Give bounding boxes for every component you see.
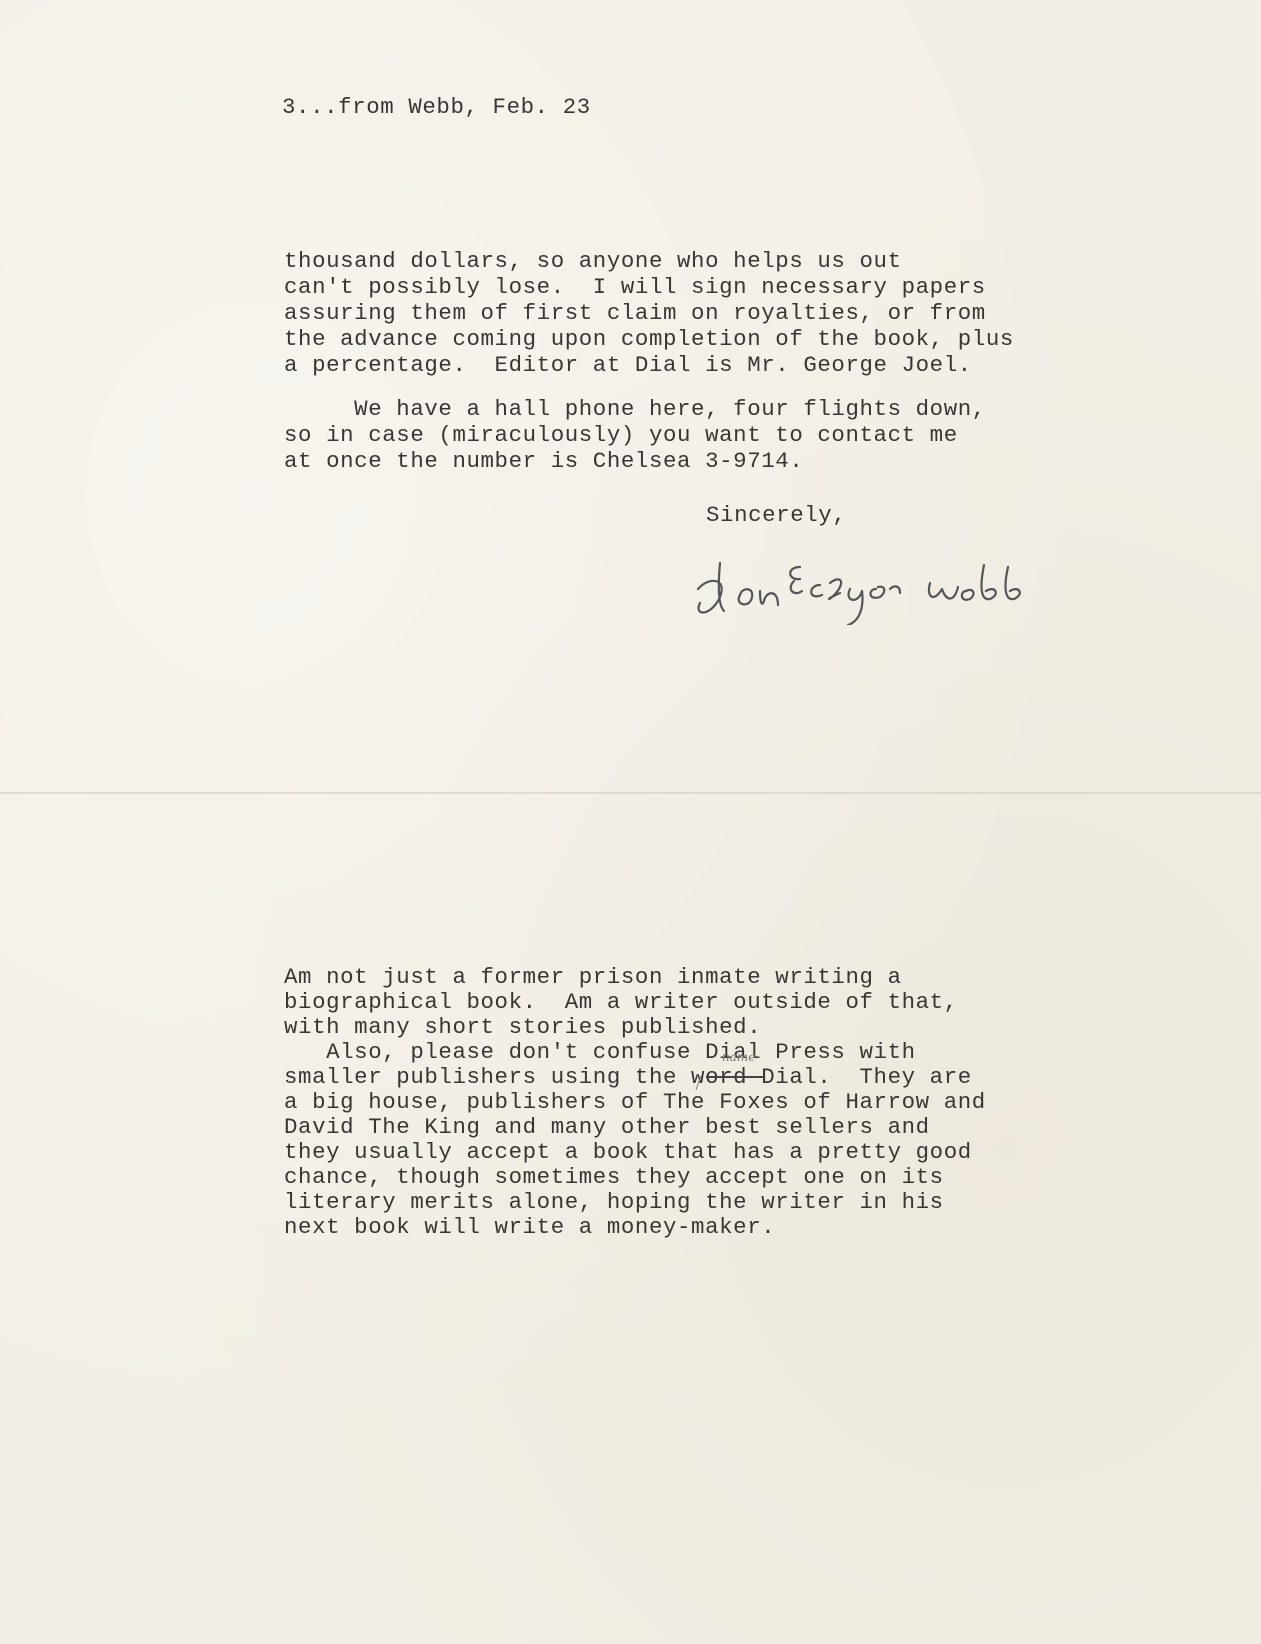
text-line: with many short stories published.: [284, 1014, 761, 1040]
text-line: chance, though sometimes they accept one…: [284, 1164, 944, 1190]
text-line: Also, please don't confuse Dial Press wi…: [284, 1039, 916, 1065]
text-line: David The King and many other best selle…: [284, 1114, 930, 1140]
text-line: so in case (miraculously) you want to co…: [284, 422, 958, 448]
text-line: We have a hall phone here, four flights …: [284, 396, 986, 422]
paper-fold-line: [0, 792, 1261, 794]
text-line: thousand dollars, so anyone who helps us…: [284, 248, 902, 274]
text-line: next book will write a money-maker.: [284, 1214, 775, 1240]
text-line: at once the number is Chelsea 3-9714.: [284, 448, 803, 474]
closing: Sincerely,: [706, 502, 846, 528]
handwritten-insertion: name: [722, 1050, 755, 1064]
text-line: literary merits alone, hoping the writer…: [284, 1189, 944, 1215]
text-line: a big house, publishers of The Foxes of …: [284, 1089, 986, 1115]
page-header: 3...from Webb, Feb. 23: [282, 94, 591, 120]
text-line: Am not just a former prison inmate writi…: [284, 964, 902, 990]
text-line: a percentage. Editor at Dial is Mr. Geor…: [284, 352, 972, 378]
handwritten-signature: [690, 545, 1080, 625]
text-line: smaller publishers using the word Dial. …: [284, 1064, 972, 1090]
strikethrough-mark: [706, 1076, 764, 1078]
text-line: the advance coming upon completion of th…: [284, 326, 1014, 352]
text-line: biographical book. Am a writer outside o…: [284, 989, 958, 1015]
text-line: can't possibly lose. I will sign necessa…: [284, 274, 986, 300]
text-line: they usually accept a book that has a pr…: [284, 1139, 972, 1165]
text-line: assuring them of first claim on royaltie…: [284, 300, 986, 326]
